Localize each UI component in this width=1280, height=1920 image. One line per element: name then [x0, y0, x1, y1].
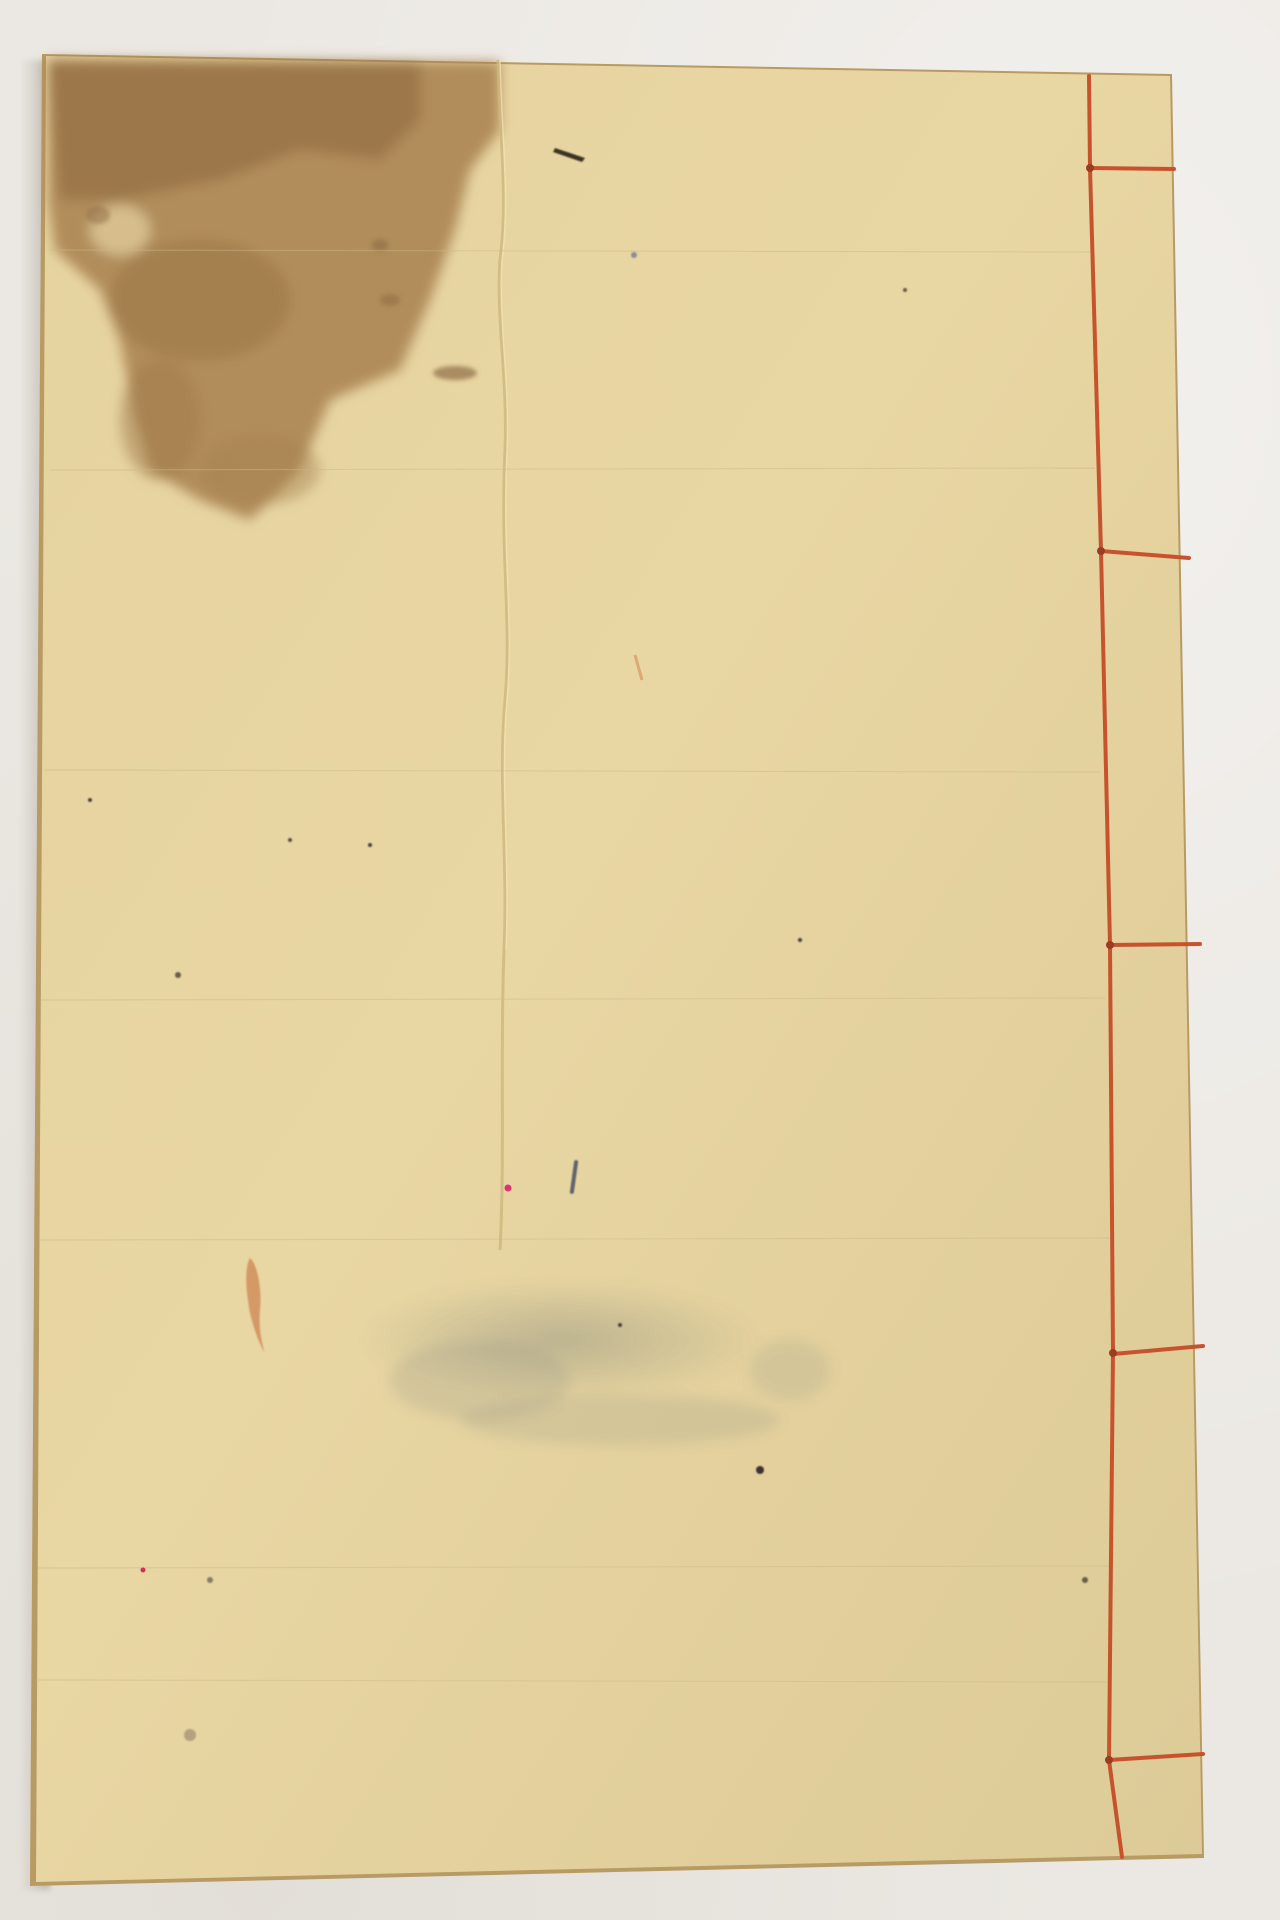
- pink-dot: [505, 1185, 512, 1192]
- book-back-cover: [0, 0, 1280, 1920]
- stitch-3: [1110, 944, 1200, 945]
- stitch-1: [1090, 168, 1174, 169]
